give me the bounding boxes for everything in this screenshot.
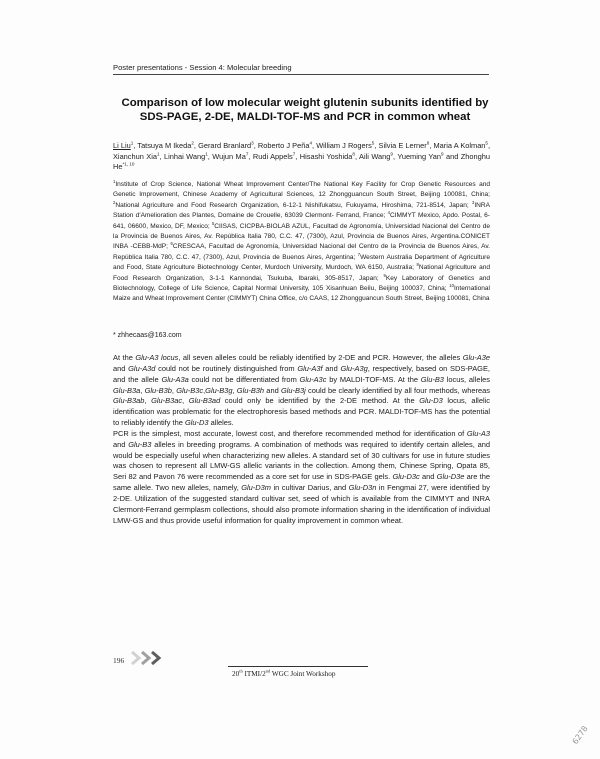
gene-allele: Glu-A3g xyxy=(340,364,367,373)
author-affil-sup: 2 xyxy=(191,141,194,146)
author-affil-sup: *1, 10 xyxy=(122,162,134,167)
author-affil-sup: 5 xyxy=(372,141,375,146)
author-name: Yueming Yan xyxy=(397,152,441,161)
author-name: Linhai Wang xyxy=(164,152,205,161)
paragraph-2: PCR is the simplest, most accurate, lowe… xyxy=(113,429,490,527)
gene-allele: Glu-A3a xyxy=(161,375,188,384)
author-affil-sup: 1 xyxy=(131,141,134,146)
gene-allele: Glu-B3 xyxy=(128,440,151,449)
gene-allele: Glu-A3d xyxy=(128,364,155,373)
running-header: Poster presentations - Session 4: Molecu… xyxy=(113,63,489,75)
gene-allele: Glu-B3ad xyxy=(189,396,220,405)
gene-allele: locus xyxy=(161,353,178,362)
author-name: Gerard Branlard xyxy=(198,141,251,150)
author-affil-sup: 7 xyxy=(293,151,296,156)
gene-allele: Glu-D3n xyxy=(349,483,377,492)
author-affil-sup: 9 xyxy=(441,151,444,156)
gene-allele: Glu-D3e xyxy=(437,472,465,481)
gene-allele: Glu-B3a xyxy=(113,386,140,395)
page-number: 196 xyxy=(113,656,124,665)
gene-allele: Glu-A3e xyxy=(463,353,490,362)
handwritten-mark: 6278 xyxy=(571,724,590,746)
author-affil-sup: 3 xyxy=(251,141,254,146)
author-name: Li Liu xyxy=(113,141,131,150)
author-affil-sup: 1 xyxy=(205,151,208,156)
author-affil-sup: 4 xyxy=(309,141,312,146)
author-name: Xianchun Xia xyxy=(113,152,157,161)
gene-allele: Glu-B3g xyxy=(205,386,232,395)
gene-allele: Glu-A3f xyxy=(297,364,322,373)
paragraph-1: At the Glu-A3 locus, all seven alleles c… xyxy=(113,353,490,429)
gene-allele: Glu-B3b xyxy=(145,386,172,395)
gene-allele: Glu-B3c xyxy=(176,386,203,395)
gene-allele: Glu-B3ac xyxy=(151,396,182,405)
gene-allele: Glu-A3 xyxy=(135,353,158,362)
author-affil-sup: 5 xyxy=(485,141,488,146)
gene-allele: Glu-B3 xyxy=(421,375,444,384)
workshop-itmi: ITMI/2 xyxy=(243,670,266,678)
paper-title: Comparison of low molecular weight glute… xyxy=(110,97,500,124)
gene-allele: Glu-A3c xyxy=(300,375,327,384)
author-affil-sup: 8 xyxy=(352,151,355,156)
author-name: Rudi Appels xyxy=(253,152,293,161)
workshop-name: WGC Joint Workshop xyxy=(270,670,335,678)
author-name: Tatsuya M Ikeda xyxy=(137,141,191,150)
gene-allele: Glu-D3 xyxy=(419,396,443,405)
gene-allele: Glu-B3h xyxy=(237,386,264,395)
author-name: Roberto J Peña xyxy=(258,141,310,150)
gene-allele: Glu-D3m xyxy=(241,483,271,492)
author-name: Hisashi Yoshida xyxy=(300,152,353,161)
author-affil-sup: 6 xyxy=(427,141,430,146)
gene-allele: Glu-B3ab xyxy=(113,396,144,405)
workshop-footer: 20th ITMI/2nd WGC Joint Workshop xyxy=(232,670,372,678)
gene-allele: Glu-A3 xyxy=(467,429,490,438)
gene-allele: Glu-B3j xyxy=(281,386,306,395)
gene-allele: Glu-D3c xyxy=(392,472,419,481)
author-name: Silvia E Lerner xyxy=(379,141,427,150)
gene-allele: Glu-D3 xyxy=(185,418,209,427)
author-name: Maria A Kolman xyxy=(434,141,486,150)
author-affil-sup: 7 xyxy=(246,151,249,156)
author-list: Li Liu1, Tatsuya M Ikeda2, Gerard Branla… xyxy=(113,141,490,173)
author-affil-sup: 9 xyxy=(390,151,393,156)
author-affil-sup: 1 xyxy=(157,151,160,156)
footer-rule xyxy=(228,666,368,667)
triple-chevron-right-icon xyxy=(130,651,166,665)
corresponding-email: * zhhecaas@163.com xyxy=(113,332,490,339)
abstract-body: At the Glu-A3 locus, all seven alleles c… xyxy=(113,353,490,527)
author-name: Wujun Ma xyxy=(212,152,246,161)
affiliation-text: Institute of Crop Science, National Whea… xyxy=(113,181,490,198)
author-name: Aili Wang xyxy=(359,152,390,161)
author-name: William J Rogers xyxy=(316,141,372,150)
affiliation-text: National Agriculture and Food Research O… xyxy=(115,202,472,209)
affiliations: 1Institute of Crop Science, National Whe… xyxy=(113,180,490,305)
